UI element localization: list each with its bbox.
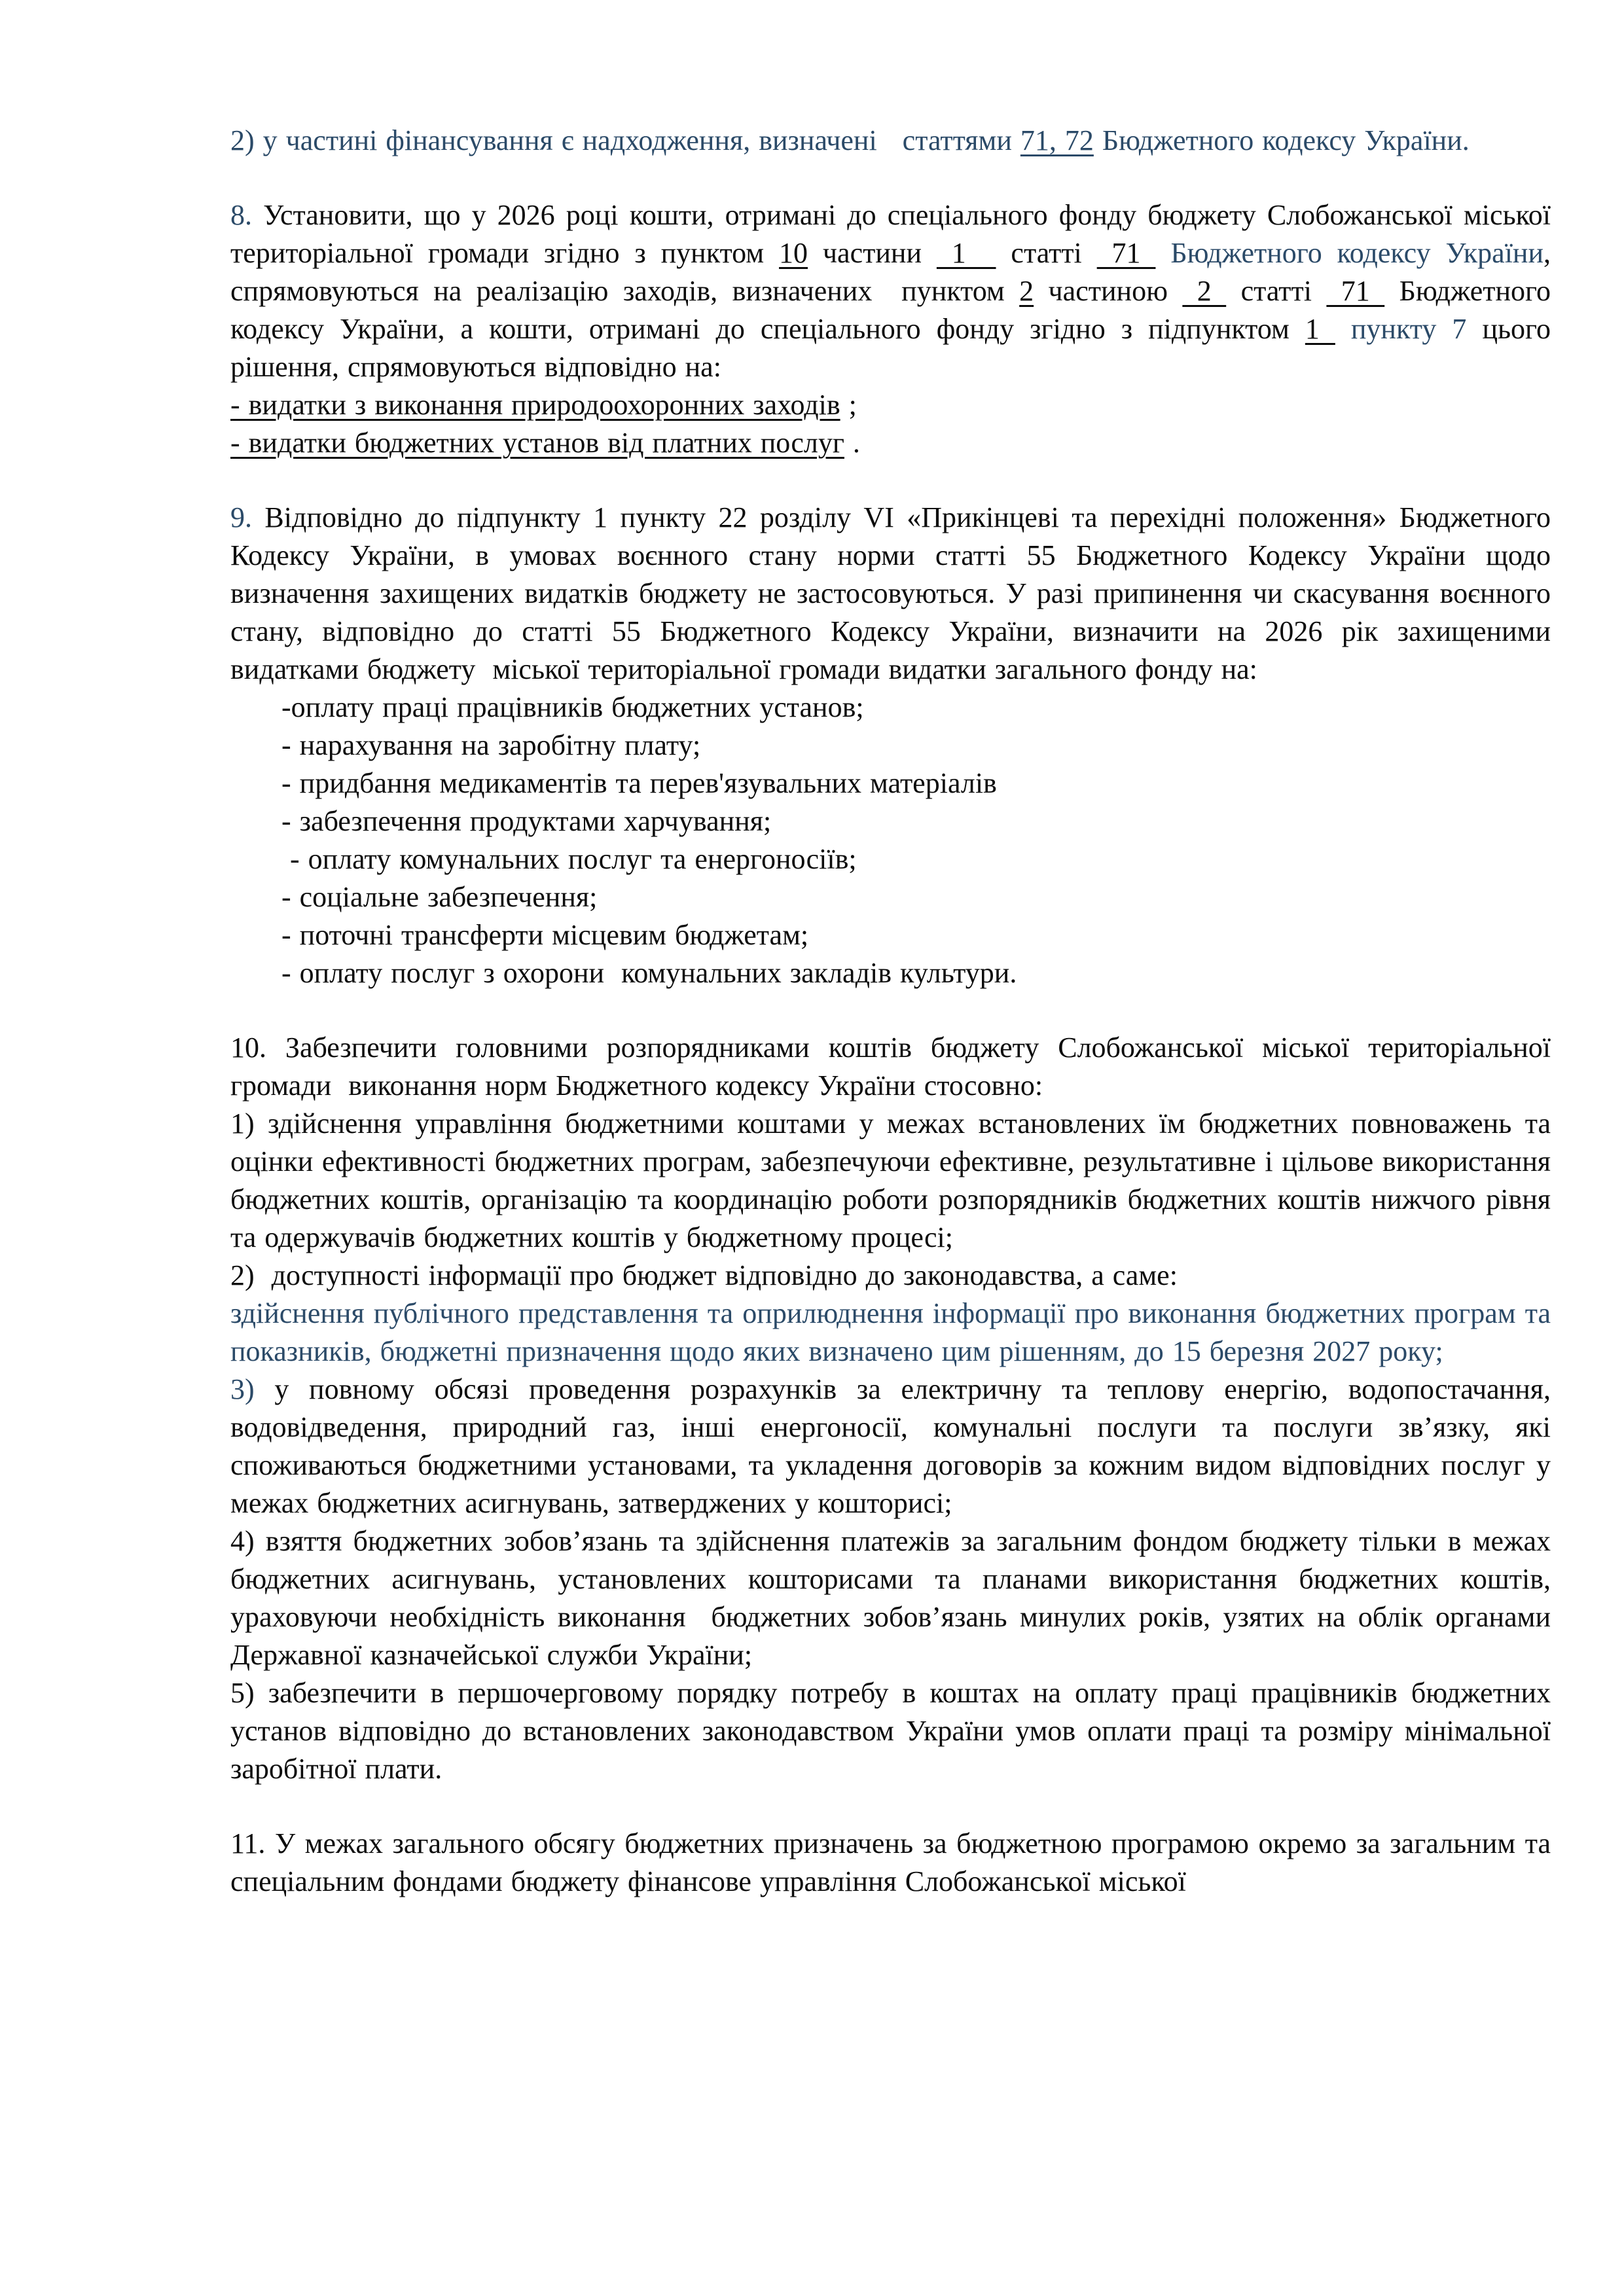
text-run: 1	[937, 237, 996, 269]
text-run: Відповідно до підпункту 1 пункту 22 розд…	[230, 501, 1559, 685]
para-9: 9. Відповідно до підпункту 1 пункту 22 р…	[230, 499, 1551, 689]
para-9-item-5: - оплату комунальних послуг та енергонос…	[230, 840, 1551, 878]
text-run: 10	[779, 237, 808, 269]
text-run: 71	[1326, 275, 1384, 307]
text-run: 2	[1182, 275, 1226, 307]
text-run: у повному обсязі проведення розрахунків …	[230, 1373, 1559, 1519]
text-run: пункту 7	[1351, 313, 1467, 345]
para-2: 2) у частині фінансування є надходження,…	[230, 122, 1551, 160]
para-9-item-2: - нарахування на заробітну плату;	[230, 726, 1551, 764]
para-9-item-4: - забезпечення продуктами харчування;	[230, 802, 1551, 840]
text-run: Бюджетного кодексу України.	[1094, 124, 1470, 156]
text-run	[1155, 237, 1170, 269]
para-10-sub-2-note: здійснення публічного представлення та о…	[230, 1295, 1551, 1371]
para-10-sub-4: 4) взяття бюджетних зобов’язань та здійс…	[230, 1522, 1551, 1674]
text-run: 9.	[230, 501, 252, 533]
text-run: частини	[808, 237, 937, 269]
document-page: 2) у частині фінансування є надходження,…	[0, 0, 1624, 2296]
para-10-sub-1: 1) здійснення управління бюджетними кошт…	[230, 1105, 1551, 1257]
text-run: - видатки бюджетних установ від платних …	[230, 427, 844, 459]
text-run: 5) забезпечити в першочерговому порядку …	[230, 1677, 1559, 1785]
para-9-item-8: - оплату послуг з охорони комунальних за…	[230, 954, 1551, 992]
text-run: 3)	[230, 1373, 255, 1405]
text-run	[1335, 313, 1351, 345]
text-run: .	[844, 427, 860, 459]
text-run: частиною	[1034, 275, 1182, 307]
para-10-sub-2: 2) доступності інформації про бюджет від…	[230, 1257, 1551, 1295]
para-10-sub-5: 5) забезпечити в першочерговому порядку …	[230, 1674, 1551, 1788]
para-9-item-6: - соціальне забезпечення;	[230, 878, 1551, 916]
text-run: 11. У межах загального обсягу бюджетних …	[230, 1827, 1559, 1897]
text-run: ;	[840, 389, 857, 421]
text-run: 1	[1305, 313, 1335, 345]
text-run: - придбання медикаментів та перев'язувал…	[281, 767, 997, 799]
para-9-item-7: - поточні трансферти місцевим бюджетам;	[230, 916, 1551, 954]
text-run: - поточні трансферти місцевим бюджетам;	[281, 919, 808, 951]
text-run: 71	[1097, 237, 1156, 269]
text-run: 8.	[230, 199, 252, 231]
document-text-blocks: 2) у частині фінансування є надходження,…	[230, 122, 1551, 1901]
text-run: 2	[1019, 275, 1034, 307]
text-run: - нарахування на заробітну плату;	[281, 729, 700, 761]
text-run: - оплату комунальних послуг та енергонос…	[281, 843, 857, 875]
text-run: - забезпечення продуктами харчування;	[281, 805, 771, 837]
para-9-item-3: - придбання медикаментів та перев'язувал…	[230, 764, 1551, 802]
text-run: 1) здійснення управління бюджетними кошт…	[230, 1107, 1559, 1253]
para-8: 8. Установити, що у 2026 році кошти, отр…	[230, 196, 1551, 386]
text-run: 71, 72	[1020, 124, 1094, 156]
text-run: 10. Забезпечити головними розпорядниками…	[230, 1031, 1559, 1102]
text-run: 2) доступності інформації про бюджет від…	[230, 1259, 1178, 1291]
text-run: 2) у частині фінансування є надходження,…	[230, 124, 1020, 156]
para-8-item-2: - видатки бюджетних установ від платних …	[230, 424, 1551, 462]
para-11: 11. У межах загального обсягу бюджетних …	[230, 1825, 1551, 1901]
para-10-sub-3: 3) у повному обсязі проведення розрахунк…	[230, 1371, 1551, 1522]
text-run: статті	[1226, 275, 1326, 307]
text-run: Бюджетного кодексу України	[1170, 237, 1543, 269]
para-10: 10. Забезпечити головними розпорядниками…	[230, 1029, 1551, 1105]
text-run: 4) взяття бюджетних зобов’язань та здійс…	[230, 1525, 1559, 1671]
text-run: здійснення публічного представлення та о…	[230, 1297, 1559, 1367]
text-run: - оплату послуг з охорони комунальних за…	[281, 957, 1017, 989]
text-run: - видатки з виконання природоохоронних з…	[230, 389, 840, 421]
text-run: статті	[996, 237, 1097, 269]
text-run: - соціальне забезпечення;	[281, 881, 597, 913]
text-run: -оплату праці працівників бюджетних уста…	[281, 691, 864, 723]
para-8-item-1: - видатки з виконання природоохоронних з…	[230, 386, 1551, 424]
para-9-item-1: -оплату праці працівників бюджетних уста…	[230, 689, 1551, 726]
